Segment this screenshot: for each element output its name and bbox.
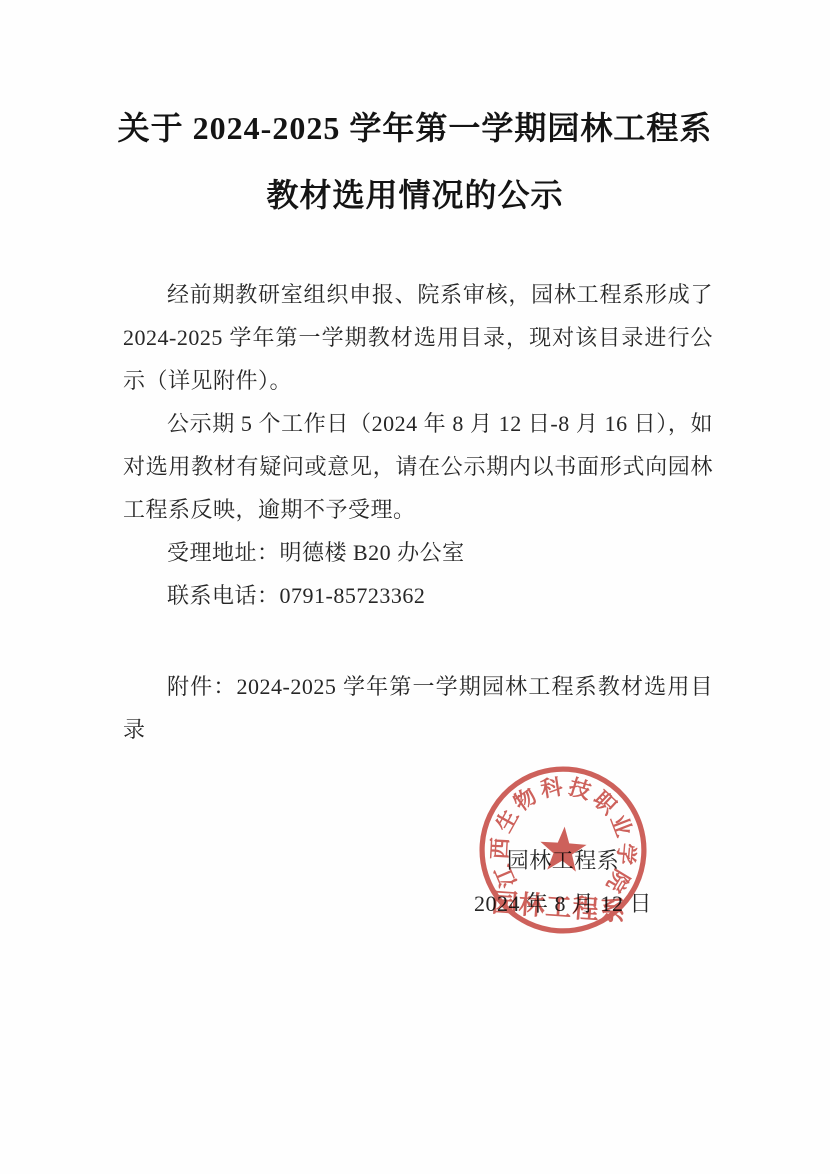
signature-date: 2024 年 8 月 12 日 — [473, 882, 653, 925]
signature-block: 园林工程系 2024 年 8 月 12 日 — [123, 839, 713, 925]
paragraph-publicity-period: 公示期 5 个工作日（2024 年 8 月 12 日-8 月 16 日），如对选… — [123, 402, 713, 531]
notice-title: 关于 2024-2025 学年第一学期园林工程系 教材选用情况的公示 — [0, 95, 830, 229]
paragraph-intro: 经前期教研室组织申报、院系审核，园林工程系形成了 2024-2025 学年第一学… — [123, 273, 713, 402]
notice-document-page: 关于 2024-2025 学年第一学期园林工程系 教材选用情况的公示 经前期教研… — [0, 0, 830, 1174]
notice-body: 经前期教研室组织申报、院系审核，园林工程系形成了 2024-2025 学年第一学… — [123, 273, 713, 925]
contact-phone-line: 联系电话：0791-85723362 — [123, 574, 713, 617]
notice-title-line-1: 关于 2024-2025 学年第一学期园林工程系 — [0, 95, 830, 162]
signature-department: 园林工程系 — [473, 839, 653, 882]
notice-title-line-2: 教材选用情况的公示 — [0, 162, 830, 229]
contact-address-line: 受理地址：明德楼 B20 办公室 — [123, 531, 713, 574]
attachment-line: 附件：2024-2025 学年第一学期园林工程系教材选用目录 — [123, 665, 713, 751]
